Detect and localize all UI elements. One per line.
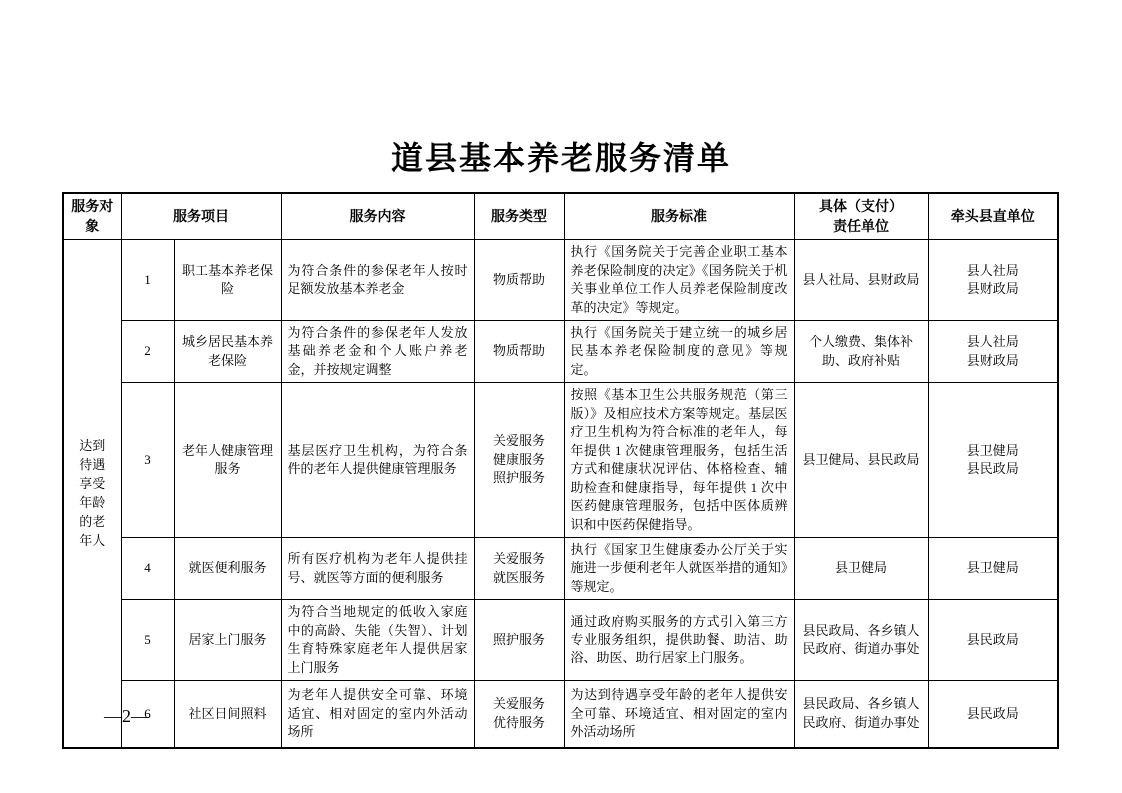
header-responsible-unit: 具体（支付） 责任单位 (794, 193, 928, 240)
service-target-text: 达到待遇享受年龄的老年人 (79, 436, 105, 550)
service-type-cell: 关爱服务 就医服务 (474, 537, 564, 599)
lead-unit-cell: 县民政局 (928, 681, 1058, 748)
service-list-table: 服务对象 服务项目 服务内容 服务类型 服务标准 具体（支付） 责任单位 牵头县… (62, 192, 1059, 749)
responsible-unit-cell: 县民政局、各乡镇人民政府、街道办事处 (794, 600, 928, 681)
document-page: 道县基本养老服务清单 服务对象 服务项目 服务内容 服务类型 服务标准 具体（支… (0, 0, 1122, 793)
row-number-cell: 3 (121, 383, 174, 538)
service-standard-cell: 为达到待遇享受年龄的老年人提供安全可靠、环境适宜、相对固定的室内外活动场所 (564, 681, 794, 748)
header-lead-unit: 牵头县直单位 (928, 193, 1058, 240)
header-service-standard: 服务标准 (564, 193, 794, 240)
table-header-row: 服务对象 服务项目 服务内容 服务类型 服务标准 具体（支付） 责任单位 牵头县… (63, 193, 1058, 240)
service-content-cell: 所有医疗机构为老年人提供挂号、就医等方面的便利服务 (281, 537, 474, 599)
lead-unit-cell: 县人社局 县财政局 (928, 240, 1058, 321)
service-type-cell: 关爱服务 健康服务 照护服务 (474, 383, 564, 538)
service-standard-cell: 执行《国务院关于完善企业职工基本养老保险制度的决定》《国务院关于机关事业单位工作… (564, 240, 794, 321)
row-number-cell: 2 (121, 321, 174, 383)
service-type-cell: 物质帮助 (474, 321, 564, 383)
responsible-unit-cell: 县卫健局、县民政局 (794, 383, 928, 538)
service-item-cell: 职工基本养老保险 (174, 240, 281, 321)
service-content-cell: 为老年人提供安全可靠、环境适宜、相对固定的室内外活动场所 (281, 681, 474, 748)
service-type-cell: 照护服务 (474, 600, 564, 681)
page-number: —2— (104, 706, 149, 727)
table-row: 6 社区日间照料 为老年人提供安全可靠、环境适宜、相对固定的室内外活动场所 关爱… (63, 681, 1058, 748)
service-content-cell: 为符合当地规定的低收入家庭中的高龄、失能（失智）、计划生育特殊家庭老年人提供居家… (281, 600, 474, 681)
service-standard-cell: 通过政府购买服务的方式引入第三方专业服务组织，提供助餐、助洁、助浴、助医、助行居… (564, 600, 794, 681)
table-row: 3 老年人健康管理服务 基层医疗卫生机构，为符合条件的老年人提供健康管理服务 关… (63, 383, 1058, 538)
service-content-cell: 基层医疗卫生机构，为符合条件的老年人提供健康管理服务 (281, 383, 474, 538)
row-number-cell: 4 (121, 537, 174, 599)
header-service-item: 服务项目 (121, 193, 281, 240)
page-title: 道县基本养老服务清单 (0, 133, 1122, 179)
service-content-cell: 为符合条件的参保老年人发放基础养老金和个人账户养老金，并按规定调整 (281, 321, 474, 383)
table-row: 4 就医便利服务 所有医疗机构为老年人提供挂号、就医等方面的便利服务 关爱服务 … (63, 537, 1058, 599)
lead-unit-cell: 县人社局 县财政局 (928, 321, 1058, 383)
lead-unit-cell: 县民政局 (928, 600, 1058, 681)
service-item-cell: 社区日间照料 (174, 681, 281, 748)
service-standard-cell: 执行《国家卫生健康委办公厅关于实施进一步便利老年人就医举措的通知》等规定。 (564, 537, 794, 599)
service-type-cell: 关爱服务 优待服务 (474, 681, 564, 748)
service-item-cell: 老年人健康管理服务 (174, 383, 281, 538)
header-service-type: 服务类型 (474, 193, 564, 240)
header-service-content: 服务内容 (281, 193, 474, 240)
row-number-cell: 5 (121, 600, 174, 681)
service-content-cell: 为符合条件的参保老年人按时足额发放基本养老金 (281, 240, 474, 321)
service-standard-cell: 按照《基本卫生公共服务规范（第三版）》及相应技术方案等规定。基层医疗卫生机构为符… (564, 383, 794, 538)
responsible-unit-cell: 县人社局、县财政局 (794, 240, 928, 321)
service-item-cell: 城乡居民基本养老保险 (174, 321, 281, 383)
responsible-unit-cell: 个人缴费、集体补助、政府补贴 (794, 321, 928, 383)
service-item-cell: 就医便利服务 (174, 537, 281, 599)
table-row: 达到待遇享受年龄的老年人 1 职工基本养老保险 为符合条件的参保老年人按时足额发… (63, 240, 1058, 321)
responsible-unit-cell: 县卫健局 (794, 537, 928, 599)
lead-unit-cell: 县卫健局 (928, 537, 1058, 599)
service-standard-cell: 执行《国务院关于建立统一的城乡居民基本养老保险制度的意见》等规定。 (564, 321, 794, 383)
service-target-cell: 达到待遇享受年龄的老年人 (63, 240, 121, 748)
service-item-cell: 居家上门服务 (174, 600, 281, 681)
responsible-unit-cell: 县民政局、各乡镇人民政府、街道办事处 (794, 681, 928, 748)
header-service-target: 服务对象 (63, 193, 121, 240)
service-type-cell: 物质帮助 (474, 240, 564, 321)
table-row: 2 城乡居民基本养老保险 为符合条件的参保老年人发放基础养老金和个人账户养老金，… (63, 321, 1058, 383)
table-row: 5 居家上门服务 为符合当地规定的低收入家庭中的高龄、失能（失智）、计划生育特殊… (63, 600, 1058, 681)
lead-unit-cell: 县卫健局 县民政局 (928, 383, 1058, 538)
row-number-cell: 1 (121, 240, 174, 321)
